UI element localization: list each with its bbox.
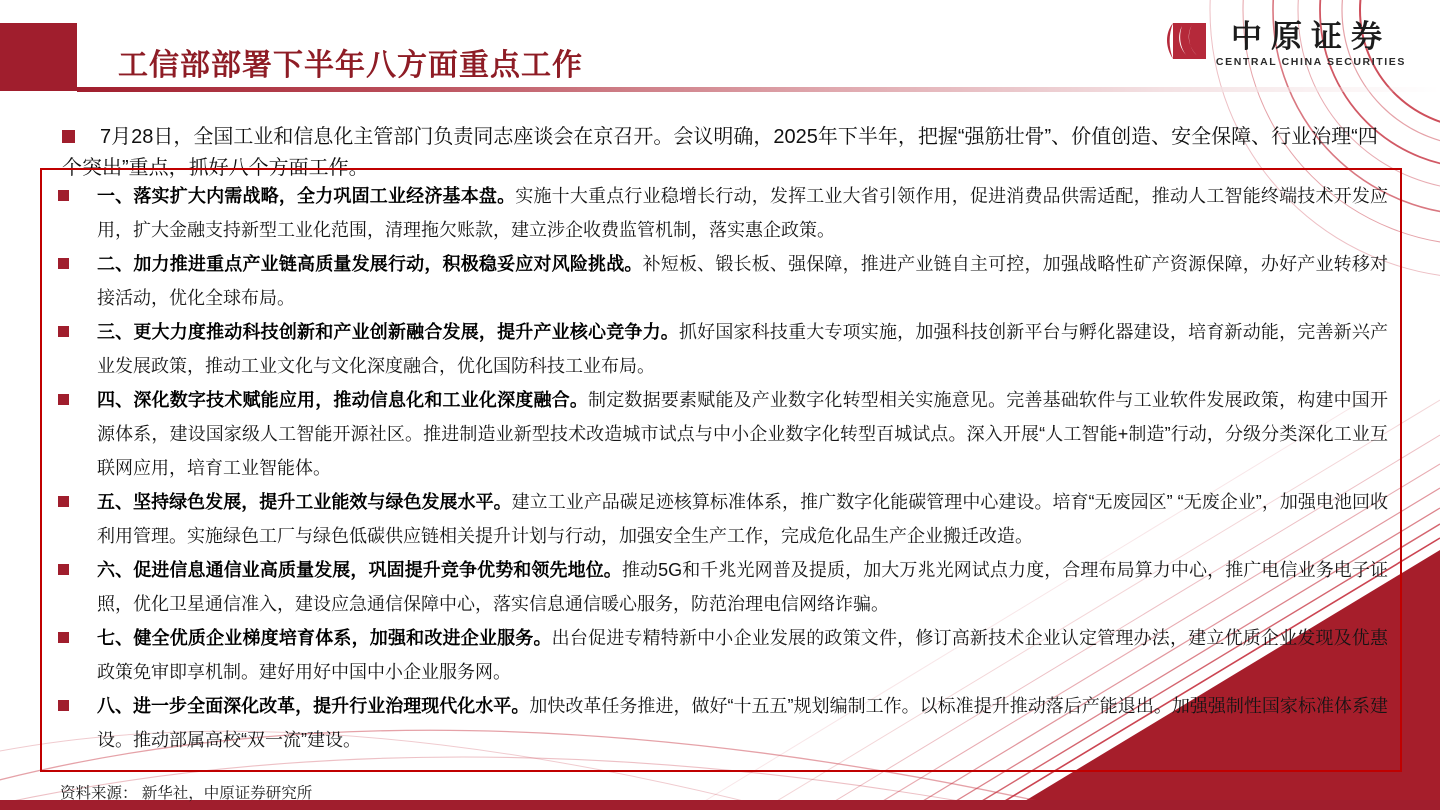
page-title: 工信部部署下半年八方面重点工作: [118, 40, 583, 84]
bullet-square-icon: [58, 190, 69, 201]
company-logo-text: 中原证券 CENTRAL CHINA SECURITIES: [1216, 20, 1406, 68]
point-item-3: 三、更大力度推动科技创新和产业创新融合发展，提升产业核心竞争力。抓好国家科技重大…: [42, 315, 1400, 383]
company-name-cn: 中原证券: [1231, 20, 1391, 54]
point-item-8: 八、进一步全面深化改革，提升行业治理现代化水平。加快改革任务推进，做好“十五五”…: [42, 689, 1400, 757]
point-item-2: 二、加力推进重点产业链高质量发展行动，积极稳妥应对风险挑战。补短板、锻长板、强保…: [42, 247, 1400, 315]
point-item-1: 一、落实扩大内需战略，全力巩固工业经济基本盘。实施十大重点行业稳增长行动，发挥工…: [42, 179, 1400, 247]
title-accent-block: [0, 23, 77, 91]
point-heading: 八、进一步全面深化改革，提升行业治理现代化水平。: [97, 696, 529, 716]
bullet-square-icon: [58, 564, 69, 575]
key-points-box: 一、落实扩大内需战略，全力巩固工业经济基本盘。实施十大重点行业稳增长行动，发挥工…: [40, 168, 1402, 772]
point-heading: 五、坚持绿色发展，提升工业能效与绿色发展水平。: [97, 492, 512, 512]
point-item-5: 五、坚持绿色发展，提升工业能效与绿色发展水平。建立工业产品碳足迹核算标准体系，推…: [42, 485, 1400, 553]
point-heading: 三、更大力度推动科技创新和产业创新融合发展，提升产业核心竞争力。: [97, 322, 679, 342]
point-heading: 四、深化数字技术赋能应用，推动信息化和工业化深度融合。: [97, 390, 588, 410]
bullet-square-icon: [58, 632, 69, 643]
bullet-square-icon: [58, 258, 69, 269]
company-logo: 中原证券 CENTRAL CHINA SECURITIES: [1164, 20, 1406, 68]
ccs-logo-mark-icon: [1164, 20, 1206, 67]
source-note: 资料来源： 新华社，中原证券研究所: [60, 781, 312, 803]
point-item-7: 七、健全优质企业梯度培育体系，加强和改进企业服务。出台促进专精特新中小企业发展的…: [42, 621, 1400, 689]
company-name-en: CENTRAL CHINA SECURITIES: [1216, 56, 1406, 68]
point-heading: 七、健全优质企业梯度培育体系，加强和改进企业服务。: [97, 628, 552, 648]
point-heading: 一、落实扩大内需战略，全力巩固工业经济基本盘。: [97, 186, 515, 206]
point-heading: 六、促进信息通信业高质量发展，巩固提升竞争优势和领先地位。: [97, 560, 622, 580]
bullet-square-icon: [58, 700, 69, 711]
point-item-6: 六、促进信息通信业高质量发展，巩固提升竞争优势和领先地位。推动5G和千兆光网普及…: [42, 553, 1400, 621]
point-heading: 二、加力推进重点产业链高质量发展行动，积极稳妥应对风险挑战。: [97, 254, 643, 274]
point-item-4: 四、深化数字技术赋能应用，推动信息化和工业化深度融合。制定数据要素赋能及产业数字…: [42, 383, 1400, 485]
bullet-square-icon: [58, 496, 69, 507]
bullet-square-icon: [58, 326, 69, 337]
key-points-list: 一、落实扩大内需战略，全力巩固工业经济基本盘。实施十大重点行业稳增长行动，发挥工…: [42, 179, 1400, 757]
bullet-square-icon: [58, 394, 69, 405]
title-underline: [77, 87, 1440, 92]
bullet-square-icon: [62, 130, 75, 143]
